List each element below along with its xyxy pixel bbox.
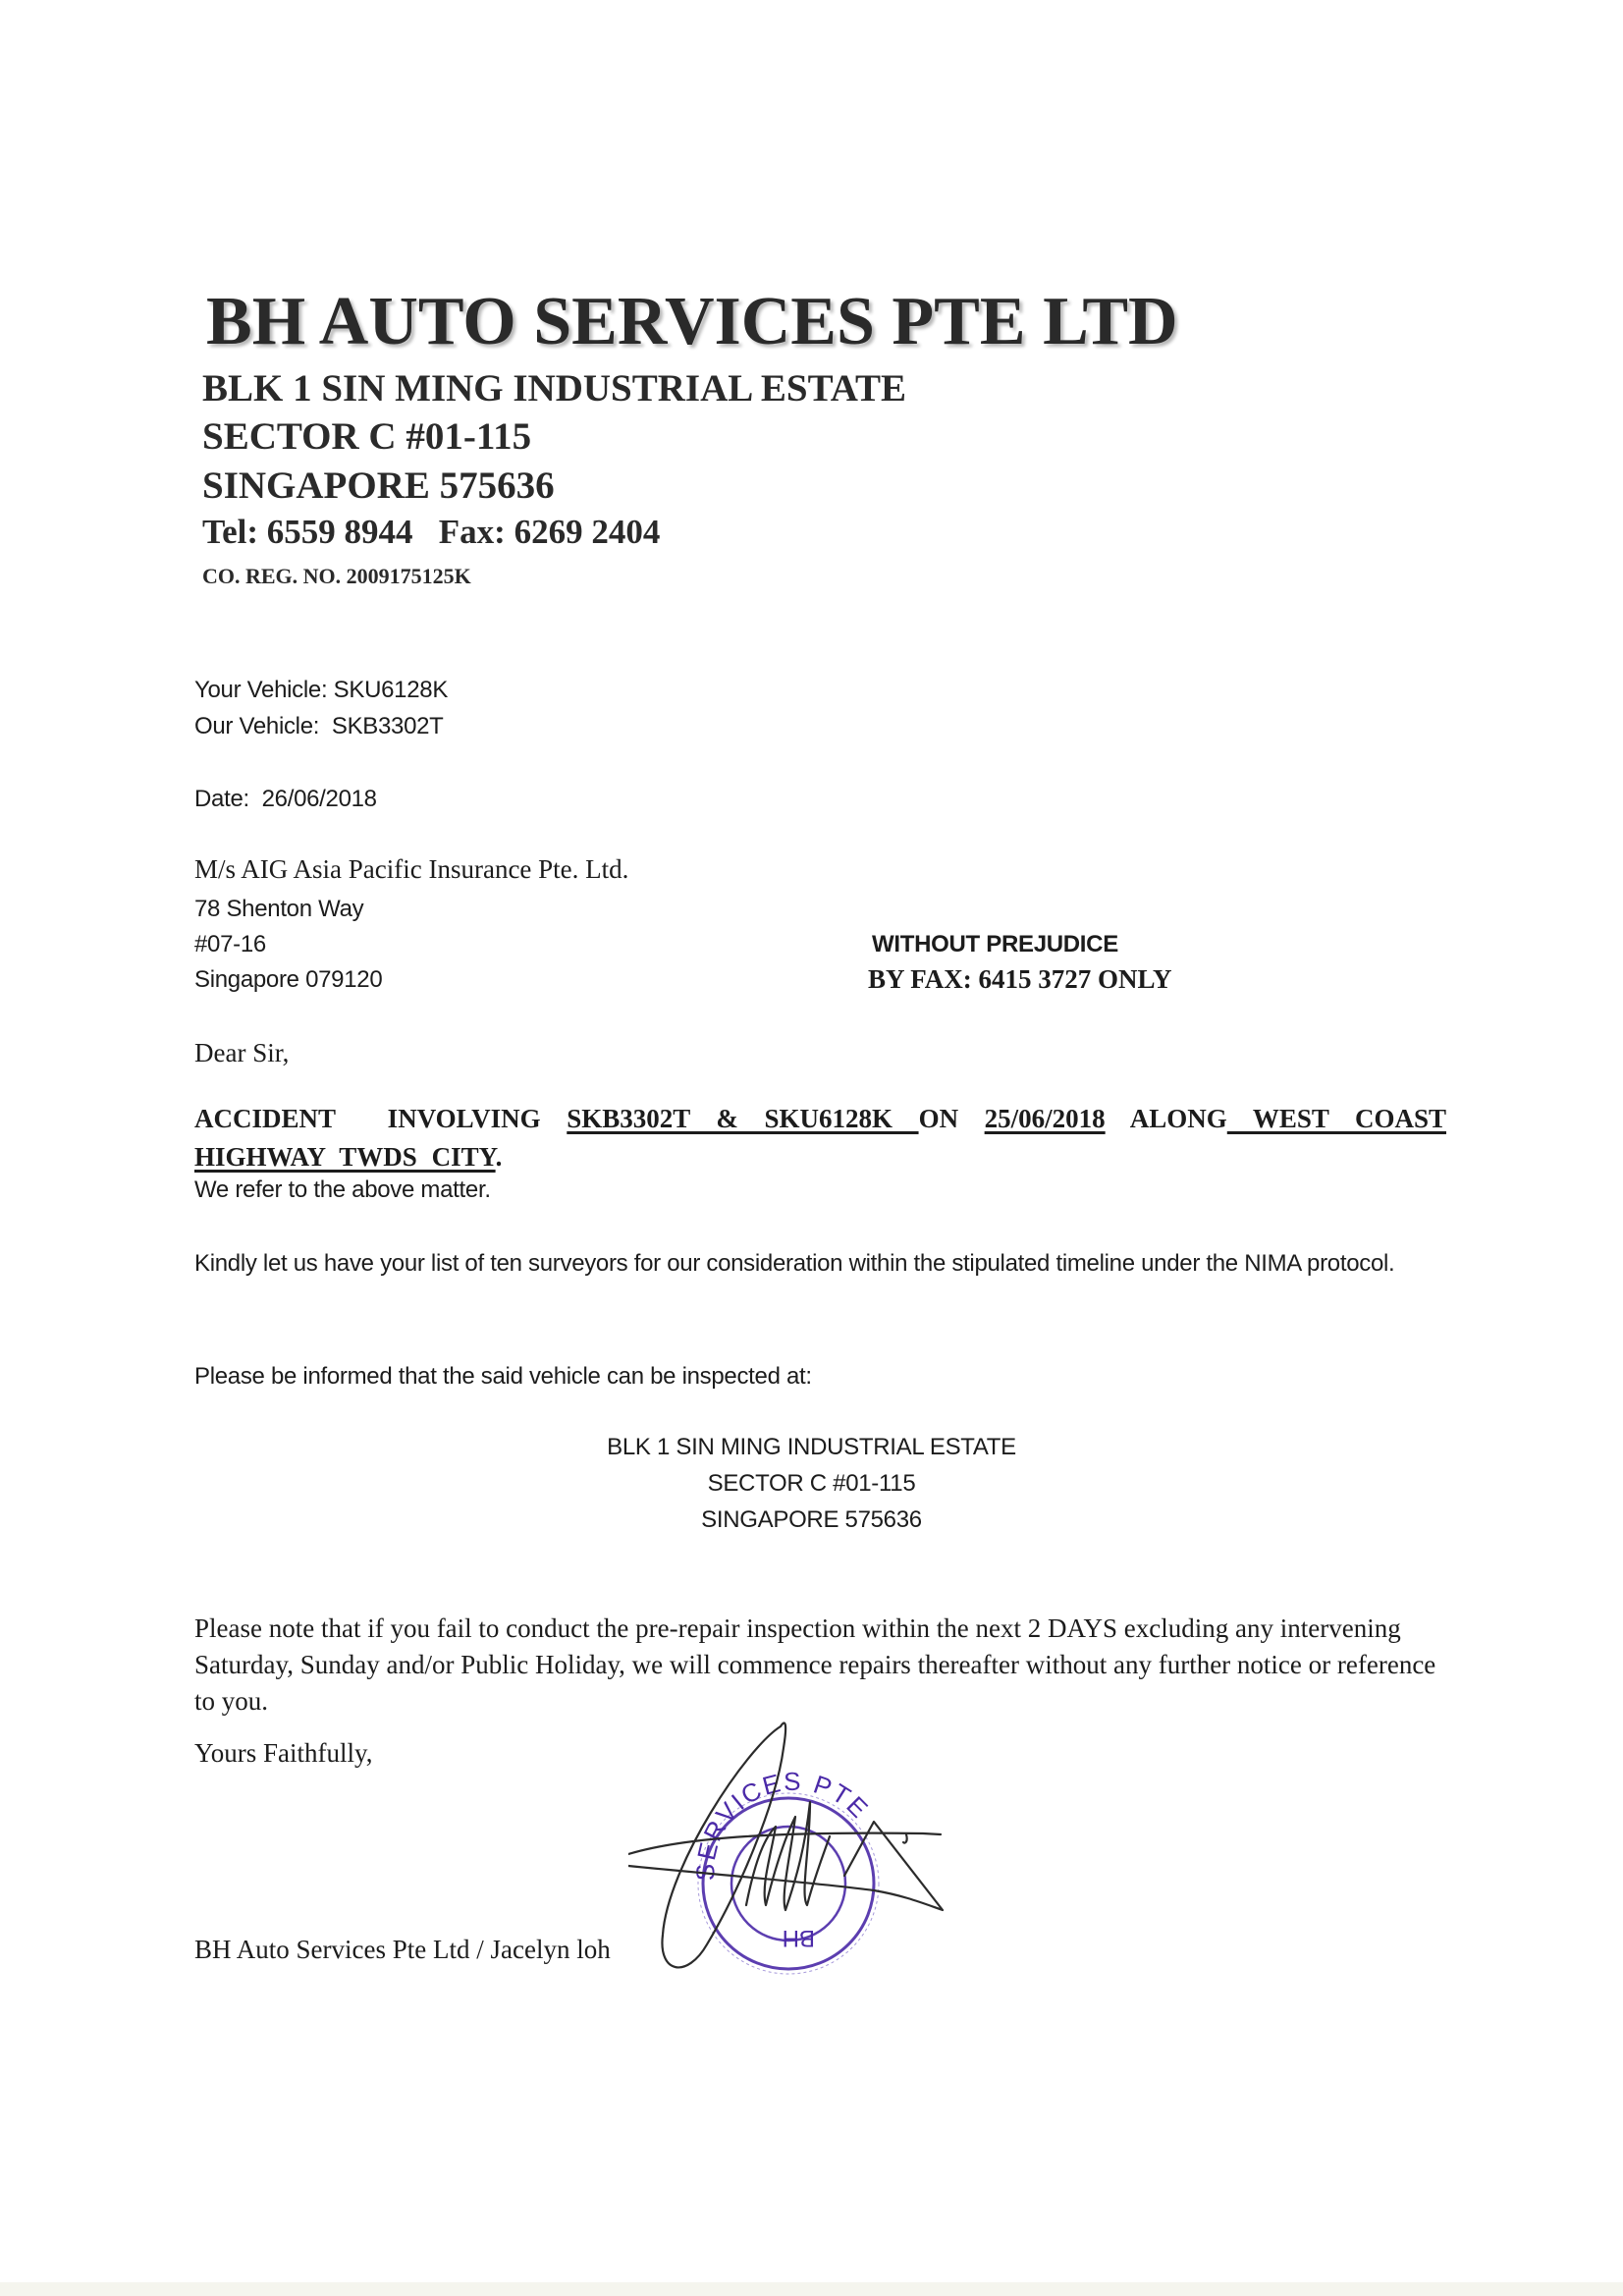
- recipient-unit: #07-16: [194, 931, 266, 958]
- subject-prefix: ACCIDENT INVOLVING: [194, 1104, 567, 1133]
- subject-end: .: [496, 1142, 503, 1172]
- company-contact: Tel: 6559 8944 Fax: 6269 2404: [202, 513, 660, 552]
- our-vehicle-ref: Our Vehicle: SKB3302T: [194, 713, 444, 740]
- signoff: BH Auto Services Pte Ltd / Jacelyn loh: [194, 1935, 611, 1965]
- company-address-line-1: BLK 1 SIN MING INDUSTRIAL ESTATE: [202, 366, 906, 410]
- closing: Yours Faithfully,: [194, 1738, 373, 1769]
- inspection-intro: Please be informed that the said vehicle…: [194, 1363, 812, 1391]
- notice-paragraph: Please note that if you fail to conduct …: [194, 1611, 1461, 1720]
- subject-date: 25/06/2018: [985, 1104, 1106, 1133]
- letter-date: Date: 26/06/2018: [194, 786, 377, 813]
- company-name: BH AUTO SERVICES PTE LTD: [206, 283, 1178, 361]
- subject-vehicles: SKB3302T & SKU6128K: [567, 1104, 918, 1133]
- subject-line: ACCIDENT INVOLVING SKB3302T & SKU6128K O…: [194, 1100, 1446, 1176]
- company-stamp-and-signature: SERVICES PTE BH: [628, 1709, 982, 2003]
- company-address-line-2: SECTOR C #01-115: [202, 414, 531, 459]
- subject-on: ON: [919, 1104, 985, 1133]
- stamp-bottom-text: BH: [783, 1925, 815, 1951]
- recipient-city: Singapore 079120: [194, 966, 382, 994]
- company-reg-no: CO. REG. NO. 2009175125K: [202, 564, 471, 589]
- your-vehicle-ref: Your Vehicle: SKU6128K: [194, 677, 448, 704]
- recipient-name: M/s AIG Asia Pacific Insurance Pte. Ltd.: [194, 854, 628, 885]
- inspection-address-line-2: SECTOR C #01-115: [0, 1470, 1623, 1498]
- company-address-line-3: SINGAPORE 575636: [202, 464, 555, 508]
- salutation: Dear Sir,: [194, 1038, 289, 1068]
- inspection-address-line-3: SINGAPORE 575636: [0, 1506, 1623, 1534]
- refer-paragraph: We refer to the above matter.: [194, 1176, 491, 1204]
- without-prejudice-notice: WITHOUT PREJUDICE: [872, 931, 1118, 958]
- svg-text:BH: BH: [783, 1925, 815, 1951]
- inspection-address-line-1: BLK 1 SIN MING INDUSTRIAL ESTATE: [0, 1434, 1623, 1461]
- by-fax-notice: BY FAX: 6415 3727 ONLY: [868, 964, 1172, 995]
- letter-page: BH AUTO SERVICES PTE LTD BLK 1 SIN MING …: [0, 0, 1623, 2296]
- subject-along: ALONG: [1106, 1104, 1227, 1133]
- page-footer-strip: [0, 2282, 1623, 2296]
- recipient-street: 78 Shenton Way: [194, 896, 363, 923]
- surveyors-paragraph: Kindly let us have your list of ten surv…: [194, 1245, 1461, 1283]
